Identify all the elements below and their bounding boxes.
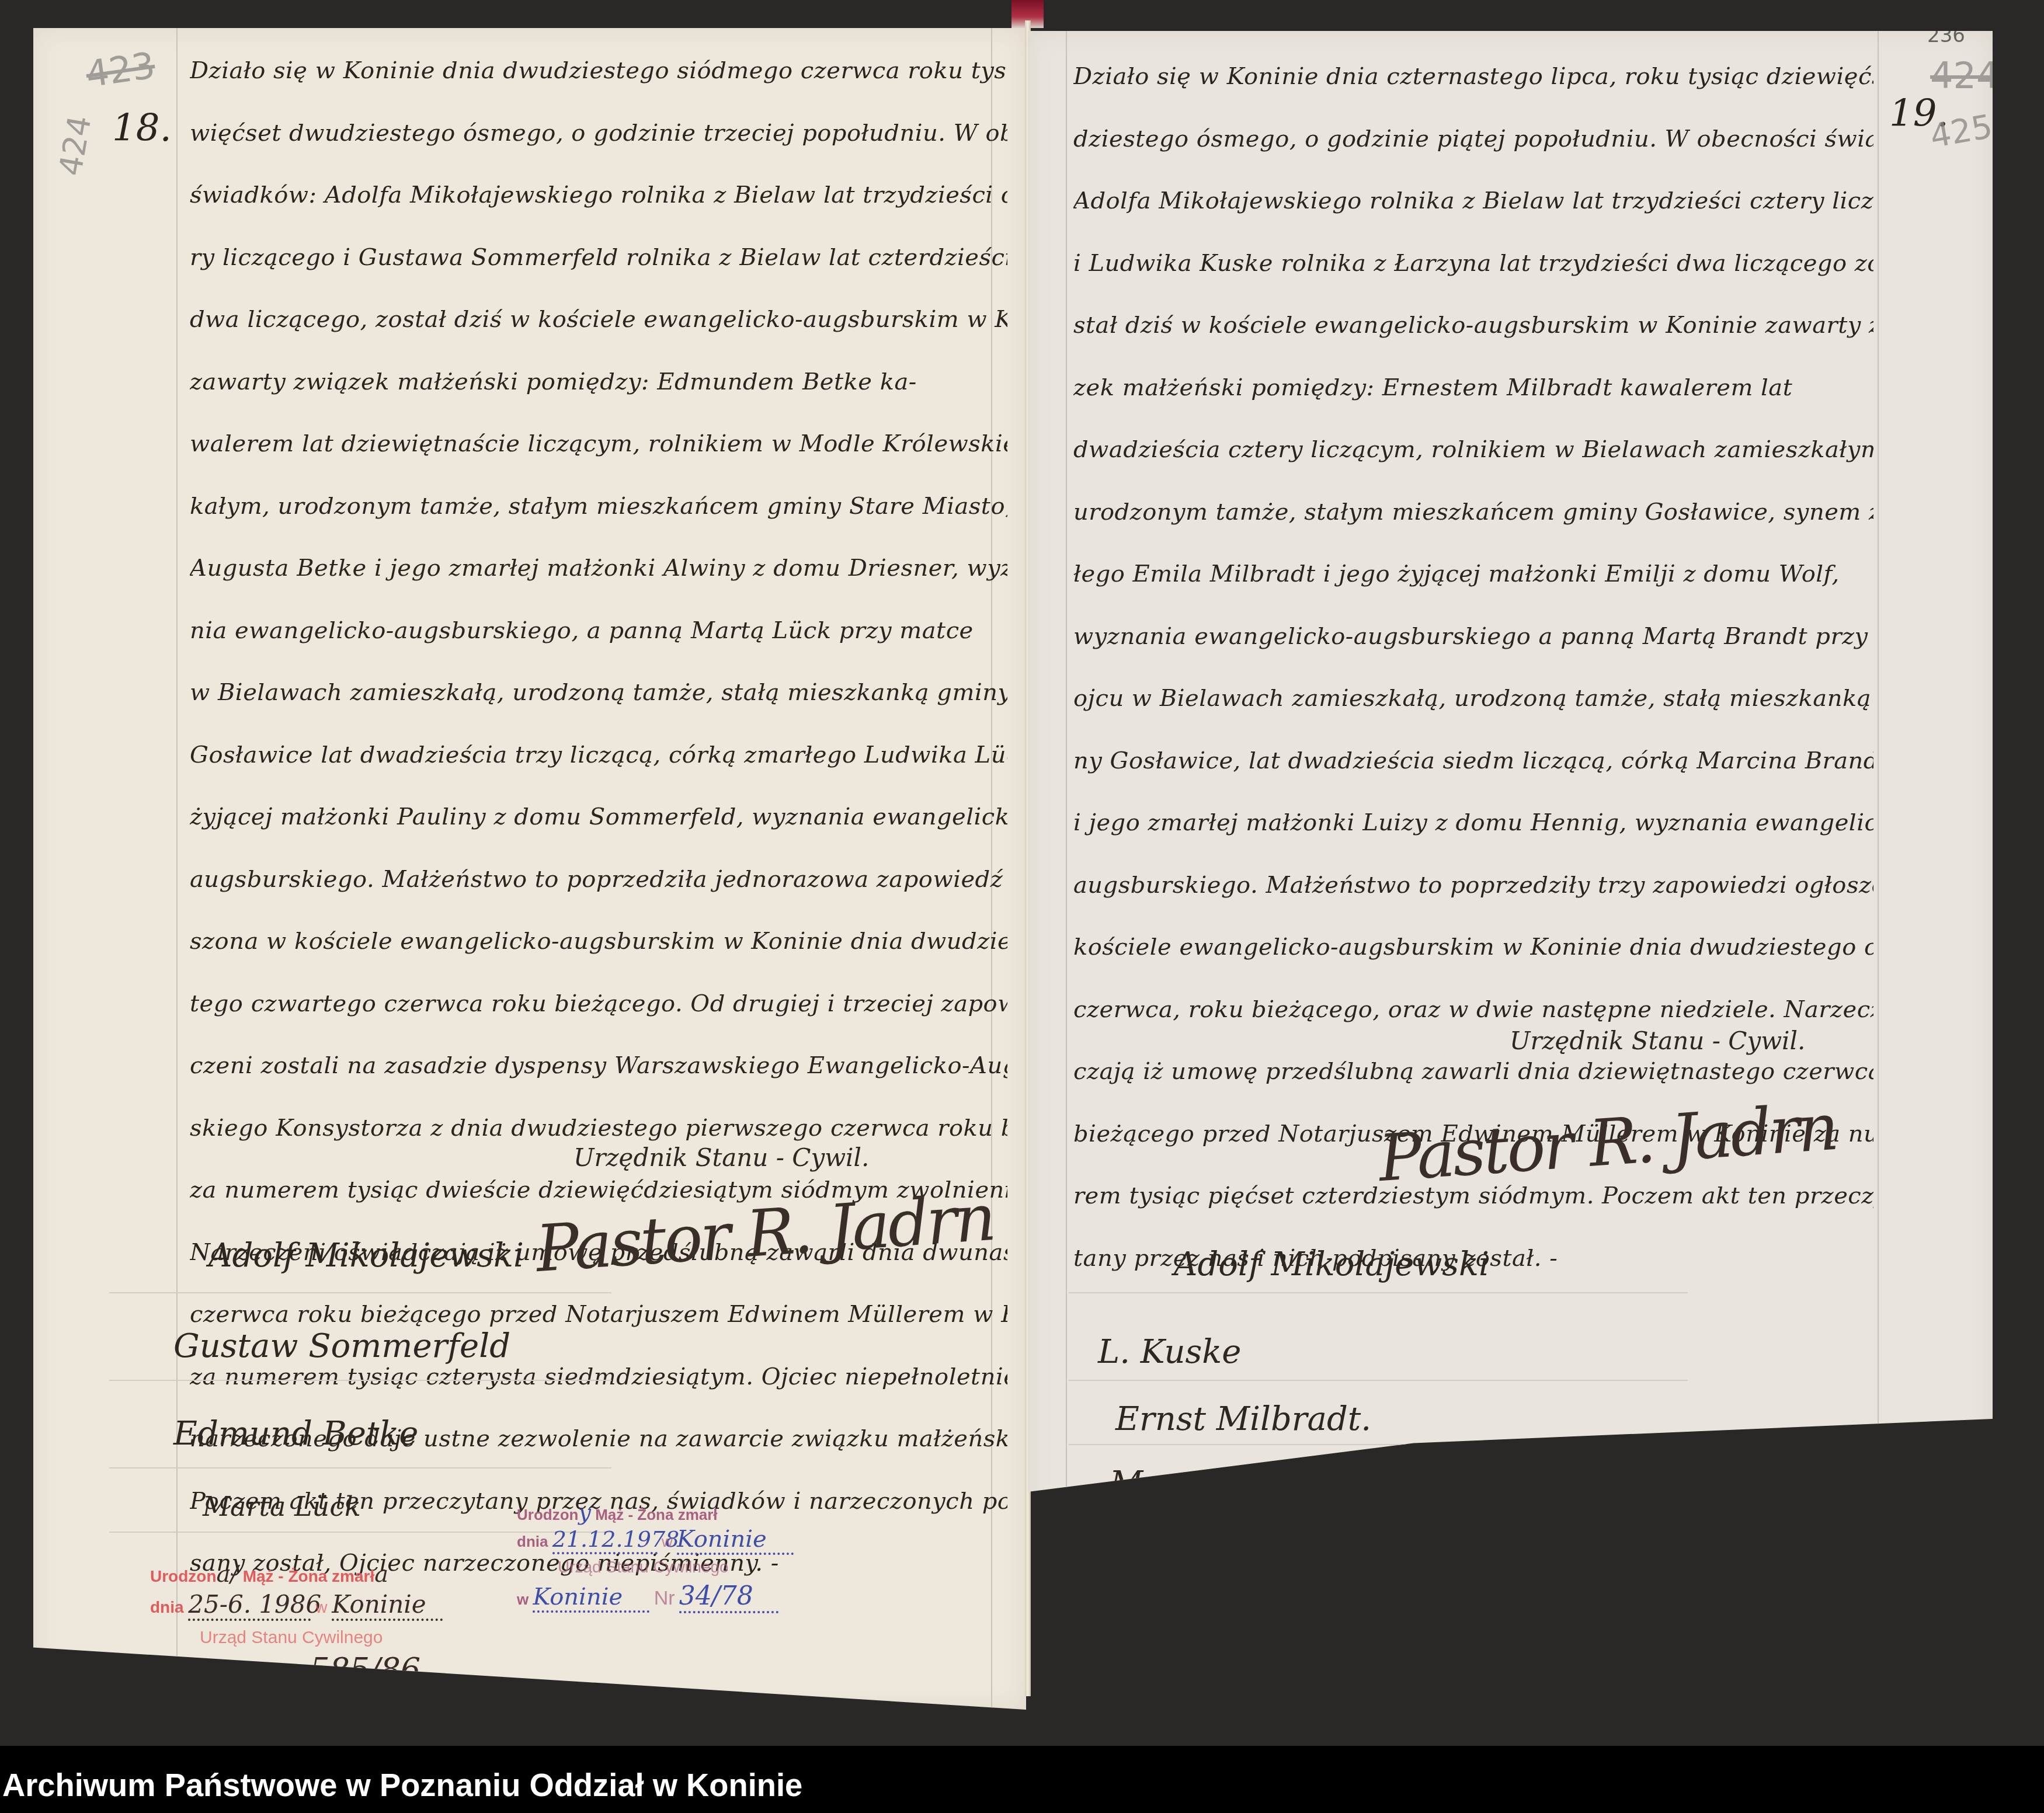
stamp-handwritten: y — [578, 1499, 590, 1525]
text-line: świadków: Adolfa Mikołajewskiego rolnika… — [190, 164, 1007, 227]
text-line: Działo się w Koninie dnia dwudziestego s… — [190, 40, 1007, 102]
signature-witness-2: L. Kuske — [1098, 1333, 1241, 1371]
text-line: Augusta Betke i jego zmarłej małżonki Al… — [190, 537, 1007, 600]
stamp-label: dnia — [517, 1533, 548, 1550]
text-line: walerem lat dziewiętnaście liczącym, rol… — [190, 413, 1007, 475]
text-line: więćset dwudziestego ósmego, o godzinie … — [190, 102, 1007, 165]
text-line: szona w kościele ewangelicko-augsburskim… — [190, 910, 1007, 973]
signature-bride: Marta Lück — [203, 1491, 361, 1522]
signature-line — [1069, 1380, 1688, 1381]
margin-line — [1066, 31, 1067, 1654]
struck-page-number: 424 — [1930, 54, 1999, 97]
stamp-label: Nr — [654, 1587, 675, 1609]
archive-footer: Archiwum Państwowe w Poznaniu Oddział w … — [0, 1746, 2044, 1813]
stamp-label: w — [315, 1598, 327, 1616]
text-line: i Ludwika Kuske rolnika z Łarzyna lat tr… — [1073, 232, 1873, 295]
stamp-office: Urząd Stanu Cywilnego — [200, 1628, 383, 1648]
text-line: Działo się w Koninie dnia czternastego l… — [1073, 46, 1873, 108]
text-line: żyjącej małżonki Pauliny z domu Sommerfe… — [190, 786, 1007, 848]
text-line: Adolfa Mikołajewskiego rolnika z Bielaw … — [1073, 170, 1873, 232]
text-line: i jego zmarłej małżonki Luizy z domu Hen… — [1073, 792, 1873, 854]
text-line: urodzonym tamże, stałym mieszkańcem gmin… — [1073, 481, 1873, 544]
text-line: kościele ewangelicko-augsburskim w Konin… — [1073, 916, 1873, 979]
text-line: dwadzieścia cztery liczącym, rolnikiem w… — [1073, 419, 1873, 481]
margin-line — [176, 28, 178, 1710]
stamp-number: 34/78 — [679, 1581, 778, 1613]
text-line: czeni zostali na zasadzie dyspensy Warsz… — [190, 1035, 1007, 1097]
signature-witness-1: Adolf Mikołajewski — [1174, 1245, 1489, 1283]
stamp-label: w — [517, 1591, 529, 1608]
text-line: kałym, urodzonym tamże, stałym mieszkańc… — [190, 475, 1007, 538]
text-line: dwa liczącego, został dziś w kościele ew… — [190, 288, 1007, 351]
text-line: wyznania ewangelicko-augsburskiego a pan… — [1073, 606, 1873, 668]
civil-registry-stamp-violet: Urodzony Mąż - Żona zmarł dnia 21.12.197… — [517, 1499, 879, 1634]
signature-witness-1: Adolf Mikołajewski — [208, 1237, 524, 1275]
stamp-office-place: Koninie — [533, 1584, 649, 1613]
stamp-date: 21.12.1978 — [552, 1526, 658, 1554]
entry-number: 18. — [112, 107, 172, 150]
signature-groom: Edmund Betke — [173, 1415, 418, 1453]
stamp-handwritten: a — [374, 1561, 388, 1588]
stamp-label: Urodzon — [517, 1506, 578, 1523]
text-line: zek małżeński pomiędzy: Ernestem Milbrad… — [1073, 357, 1873, 419]
text-line: nia ewangelicko-augsburskiego, a panną M… — [190, 600, 1007, 662]
text-line: łego Emila Milbradt i jego żyjącej małżo… — [1073, 543, 1873, 606]
stamp-date: 25-6. 1986 — [188, 1590, 311, 1621]
signature-line — [1069, 1292, 1688, 1293]
stamp-handwritten: a/ — [217, 1561, 238, 1588]
stamp-label: Mąż - Żona zmarł — [595, 1506, 717, 1523]
stamp-label: Mąż - Żona zmarł — [243, 1567, 375, 1585]
text-line: ry liczącego i Gustawa Sommerfeld rolnik… — [190, 227, 1007, 289]
text-line: augsburskiego. Małżeństwo to poprzedziły… — [1073, 854, 1873, 917]
signature-line — [109, 1292, 611, 1293]
right-page: Działo się w Koninie dnia czternastego l… — [1028, 31, 1993, 1654]
stamp-office: Urząd Stanu Cywilnego — [558, 1558, 729, 1577]
signature-groom: Ernst Milbradt. — [1115, 1400, 1371, 1438]
page-number: 424 — [52, 113, 99, 178]
text-line: w Bielawach zamieszkałą, urodzoną tamże,… — [190, 662, 1007, 724]
text-line: zawarty związek małżeński pomiędzy: Edmu… — [190, 351, 1007, 413]
text-line: tego czwartego czerwca roku bieżącego. O… — [190, 973, 1007, 1035]
archive-label: Archiwum Państwowe w Poznaniu Oddział w … — [2, 1766, 802, 1804]
struck-page-number: 423 — [83, 44, 157, 96]
stamp-place: Koninie — [332, 1590, 443, 1621]
text-line: stał dziś w kościele ewangelicko-augsbur… — [1073, 294, 1873, 357]
left-page: 423 424 18. Działo się w Koninie dnia dw… — [33, 28, 1026, 1710]
official-title: Urzędnik Stanu - Cywil. — [573, 1143, 869, 1172]
text-line: Gosławice lat dwadzieścia trzy liczącą, … — [190, 724, 1007, 787]
text-line: dziestego ósmego, o godzinie piątej popo… — [1073, 108, 1873, 170]
stamp-label: w — [662, 1533, 673, 1550]
stamp-place: Koninie — [677, 1526, 794, 1555]
text-line: ojcu w Bielawach zamieszkałą, urodzoną t… — [1073, 667, 1873, 730]
official-title: Urzędnik Stanu - Cywil. — [1510, 1026, 1805, 1055]
signature-line — [109, 1380, 611, 1381]
stamp-label: Urodzon — [150, 1567, 217, 1585]
margin-line — [1878, 31, 1879, 1654]
text-line: ny Gosławice, lat dwadzieścia siedm licz… — [1073, 730, 1873, 792]
signature-line — [109, 1467, 611, 1469]
stamp-label: dnia — [150, 1598, 184, 1616]
signature-witness-2: Gustaw Sommerfeld — [173, 1327, 510, 1365]
text-line: augsburskiego. Małżeństwo to poprzedziła… — [190, 848, 1007, 911]
